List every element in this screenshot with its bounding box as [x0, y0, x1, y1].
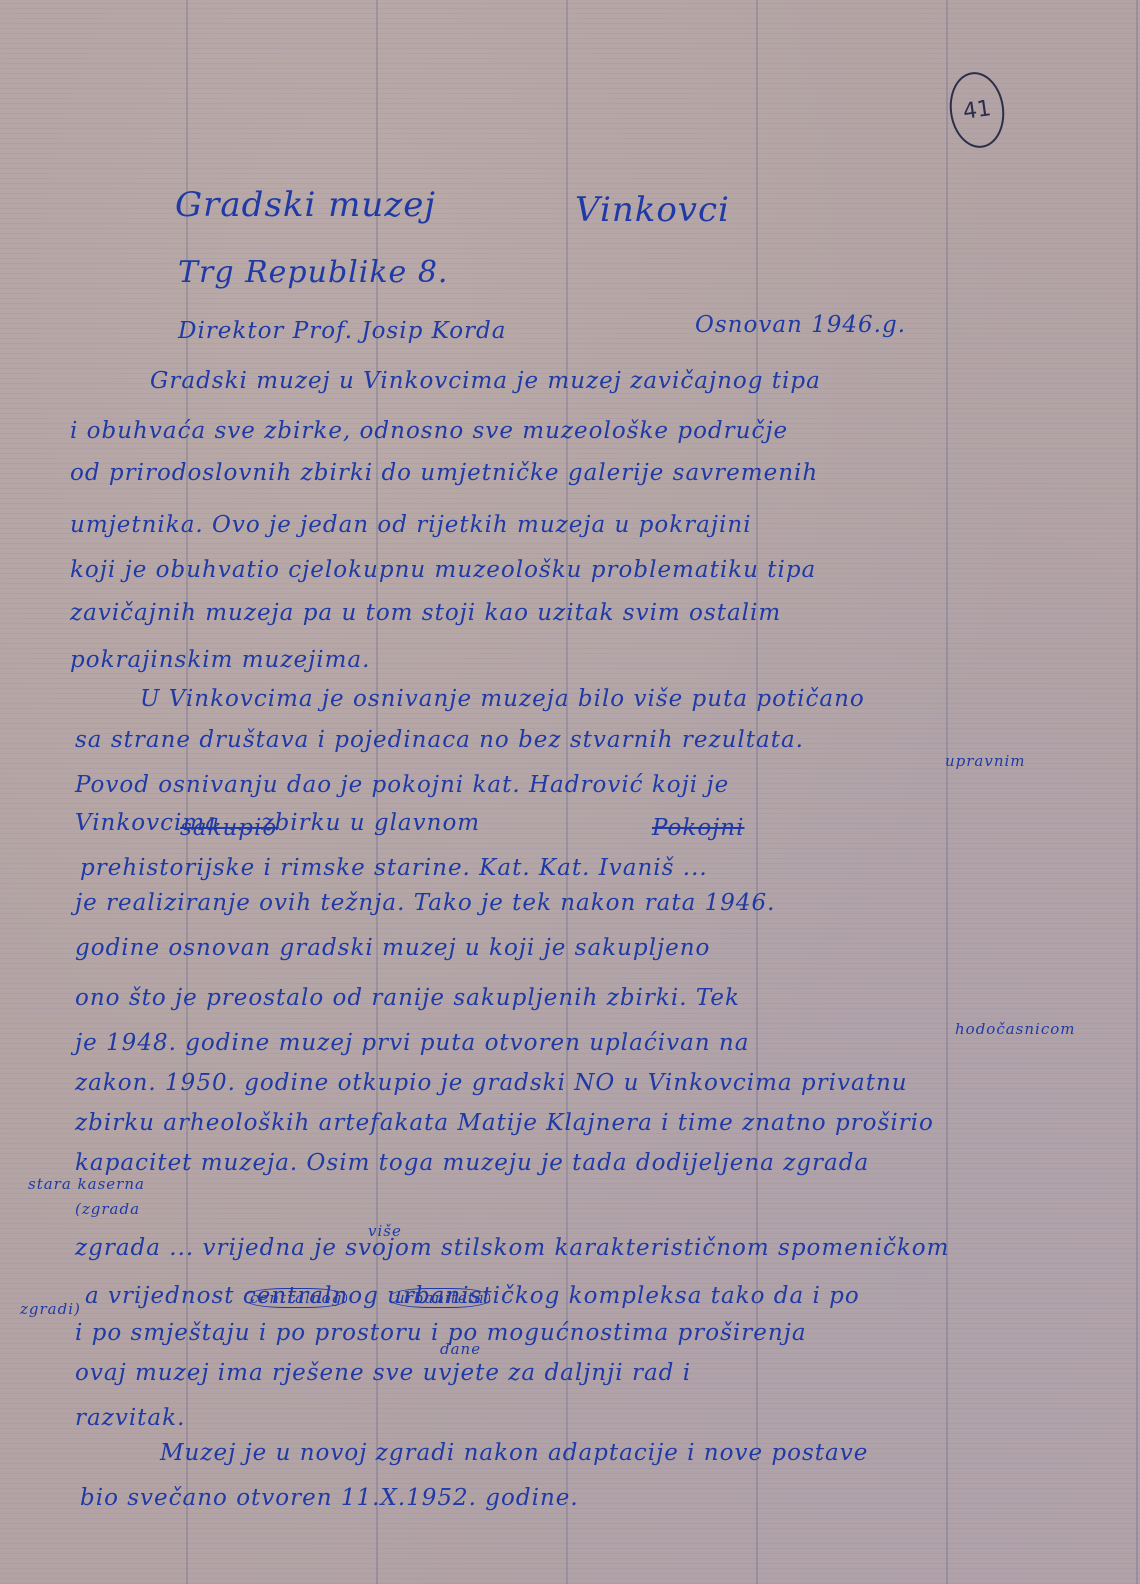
text-line: pokrajinskim muzejima.: [70, 647, 370, 673]
text-line: Vinkovcima ... zbirku u glavnom: [75, 810, 480, 836]
text-line: ovaj muzej ima rješene sve uvjete za dal…: [75, 1360, 691, 1386]
text-line: U Vinkovcima je osnivanje muzeja bilo vi…: [140, 686, 865, 712]
document-title-museum: Gradski muzej: [175, 185, 436, 225]
text-line: je 1948. godine muzej prvi puta otvoren …: [75, 1030, 749, 1056]
text-line: kapacitet muzeja. Osim toga muzeju je ta…: [75, 1150, 869, 1176]
text-line: koji je obuhvatio cjelokupnu muzeološku …: [70, 557, 816, 583]
text-line: zavičajnih muzeja pa u tom stoji kao uzi…: [70, 600, 781, 626]
text-line: zakon. 1950. godine otkupio je gradski N…: [75, 1070, 908, 1096]
margin-annotation: (zgrada: [75, 1200, 140, 1218]
document-address: Trg Republike 8.: [178, 255, 448, 290]
text-line: godine osnovan gradski muzej u koji je s…: [75, 935, 710, 961]
circled-word: centralnog: [245, 1288, 347, 1308]
text-line: bio svečano otvoren 11.X.1952. godine.: [80, 1485, 579, 1511]
margin-annotation: zgradi): [20, 1300, 81, 1318]
annotation-above: upravnim: [945, 752, 1026, 770]
circled-word: urbaniteta: [390, 1288, 490, 1308]
text-line: sa strane društava i pojedinaca no bez s…: [75, 727, 804, 753]
text-line: i obuhvaća sve zbirke, odnosno sve muzeo…: [70, 418, 788, 444]
text-line: Gradski muzej u Vinkovcima je muzej zavi…: [150, 368, 821, 394]
annotation-above: dane: [440, 1340, 481, 1358]
text-line: umjetnika. Ovo je jedan od rijetkih muze…: [70, 512, 752, 538]
text-line: razvitak.: [75, 1405, 185, 1431]
margin-annotation: stara kaserna: [28, 1175, 145, 1193]
text-line: Povod osnivanju dao je pokojni kat. Hadr…: [75, 772, 729, 798]
text-line: zgrada ... vrijedna je svojom stilskom k…: [75, 1235, 949, 1261]
text-line: ono što je preostalo od ranije sakupljen…: [75, 985, 740, 1011]
struck-word: sakupio: [180, 815, 277, 841]
page-number-circled: 41: [945, 69, 1009, 152]
document-founded: Osnovan 1946.g.: [695, 312, 906, 338]
text-line: od prirodoslovnih zbirki do umjetničke g…: [70, 460, 818, 486]
text-line: Muzej je u novoj zgradi nakon adaptacije…: [160, 1440, 868, 1466]
text-line: prehistorijske i rimske starine. Kat. Ka…: [80, 855, 708, 881]
text-line: zbirku arheoloških artefakata Matije Kla…: [75, 1110, 934, 1136]
document-title-city: Vinkovci: [575, 190, 730, 230]
struck-word: Pokojni: [652, 815, 744, 841]
text-line: je realiziranje ovih težnja. Tako je tek…: [75, 890, 775, 916]
annotation-above: hodočasnicom: [955, 1020, 1075, 1038]
document-director: Direktor Prof. Josip Korda: [178, 318, 506, 344]
